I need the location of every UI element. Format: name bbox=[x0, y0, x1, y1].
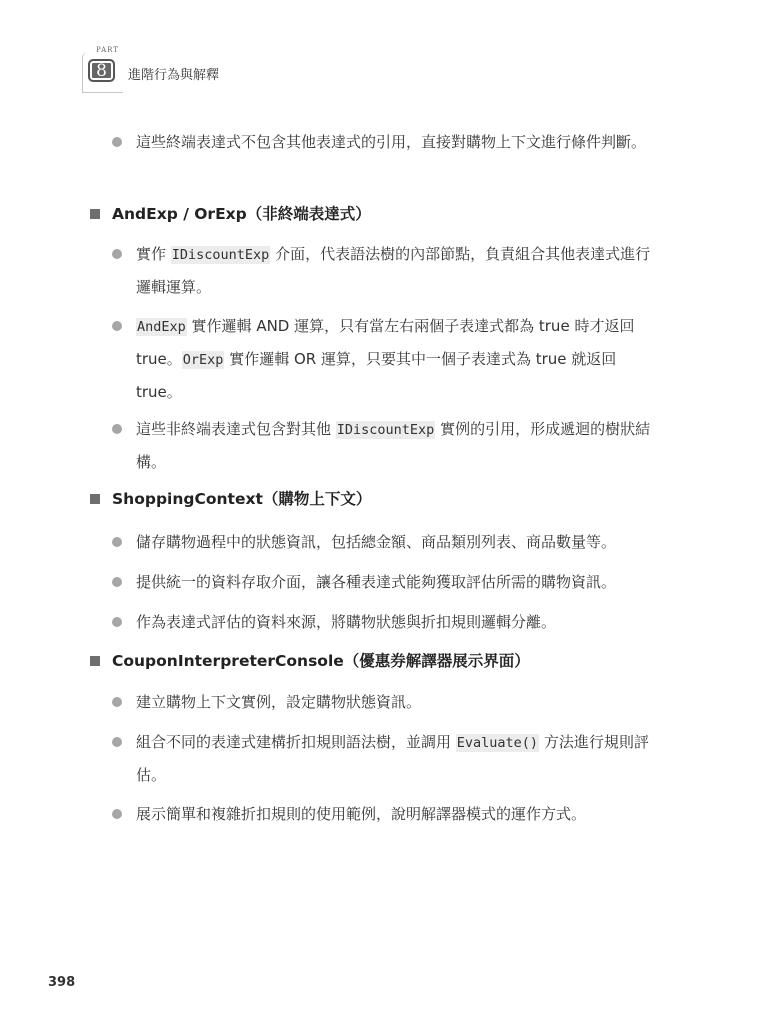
part-number-badge: 8 bbox=[88, 59, 115, 82]
circle-bullet-icon bbox=[112, 424, 122, 434]
bullet-item: 這些終端表達式不包含其他表達式的引用，直接對購物上下文進行條件判斷。 bbox=[136, 126, 661, 158]
bullet-text: 作為表達式評估的資料來源，將購物狀態與折扣規則邏輯分離。 bbox=[136, 613, 556, 631]
bullet-item: 組合不同的表達式建構折扣規則語法樹，並調用 Evaluate() 方法進行規則評… bbox=[136, 726, 661, 791]
circle-bullet-icon bbox=[112, 737, 122, 747]
inline-code: IDiscountExp bbox=[336, 421, 436, 439]
section-heading: AndExp / OrExp（非終端表達式） bbox=[112, 202, 371, 226]
circle-bullet-icon bbox=[112, 809, 122, 819]
bullet-item: 實作 IDiscountExp 介面，代表語法樹的內部節點，負責組合其他表達式進… bbox=[136, 238, 661, 303]
section-heading-text: AndExp / OrExp（非終端表達式） bbox=[112, 205, 371, 223]
circle-bullet-icon bbox=[112, 537, 122, 547]
chapter-header: PART 8 進階行為與解釋 bbox=[82, 46, 282, 92]
circle-bullet-icon bbox=[112, 577, 122, 587]
bullet-text: 儲存購物過程中的狀態資訊，包括總金額、商品類別列表、商品數量等。 bbox=[136, 533, 616, 551]
bullet-item: AndExp 實作邏輯 AND 運算，只有當左右兩個子表達式都為 true 時才… bbox=[136, 310, 661, 408]
circle-bullet-icon bbox=[112, 321, 122, 331]
bullet-item: 這些非終端表達式包含對其他 IDiscountExp 實例的引用，形成遞迴的樹狀… bbox=[136, 413, 661, 478]
bullet-item: 作為表達式評估的資料來源，將購物狀態與折扣規則邏輯分離。 bbox=[136, 606, 661, 638]
square-bullet-icon bbox=[90, 209, 100, 219]
page-number: 398 bbox=[48, 975, 75, 990]
inline-code: IDiscountExp bbox=[171, 246, 271, 264]
bullet-text: 組合不同的表達式建構折扣規則語法樹，並調用 bbox=[136, 733, 456, 751]
bullet-item: 展示簡單和複雜折扣規則的使用範例，說明解譯器模式的運作方式。 bbox=[136, 798, 661, 830]
inline-code: AndExp bbox=[136, 318, 187, 336]
bullet-item: 儲存購物過程中的狀態資訊，包括總金額、商品類別列表、商品數量等。 bbox=[136, 526, 661, 558]
circle-bullet-icon bbox=[112, 697, 122, 707]
circle-bullet-icon bbox=[112, 617, 122, 627]
bullet-text: 這些非終端表達式包含對其他 bbox=[136, 420, 336, 438]
square-bullet-icon bbox=[90, 656, 100, 666]
bullet-item: 提供統一的資料存取介面，讓各種表達式能夠獲取評估所需的購物資訊。 bbox=[136, 566, 661, 598]
bullet-text: 這些終端表達式不包含其他表達式的引用，直接對購物上下文進行條件判斷。 bbox=[136, 133, 646, 151]
bullet-text: 提供統一的資料存取介面，讓各種表達式能夠獲取評估所需的購物資訊。 bbox=[136, 573, 616, 591]
bullet-text: 實作 bbox=[136, 245, 171, 263]
section-heading-text: CouponInterpreterConsole（優惠券解譯器展示界面） bbox=[112, 652, 530, 670]
square-bullet-icon bbox=[90, 494, 100, 504]
bullet-item: 建立購物上下文實例，設定購物狀態資訊。 bbox=[136, 686, 661, 718]
part-label: PART bbox=[94, 46, 121, 54]
inline-code: Evaluate() bbox=[456, 734, 539, 752]
section-heading: ShoppingContext（購物上下文） bbox=[112, 487, 371, 511]
circle-bullet-icon bbox=[112, 137, 122, 147]
section-heading-text: ShoppingContext（購物上下文） bbox=[112, 490, 371, 508]
chapter-title: 進階行為與解釋 bbox=[128, 64, 219, 83]
bullet-text: 展示簡單和複雜折扣規則的使用範例，說明解譯器模式的運作方式。 bbox=[136, 805, 586, 823]
circle-bullet-icon bbox=[112, 249, 122, 259]
inline-code: OrExp bbox=[182, 351, 225, 369]
section-heading: CouponInterpreterConsole（優惠券解譯器展示界面） bbox=[112, 649, 530, 673]
bullet-text: 建立購物上下文實例，設定購物狀態資訊。 bbox=[136, 693, 421, 711]
